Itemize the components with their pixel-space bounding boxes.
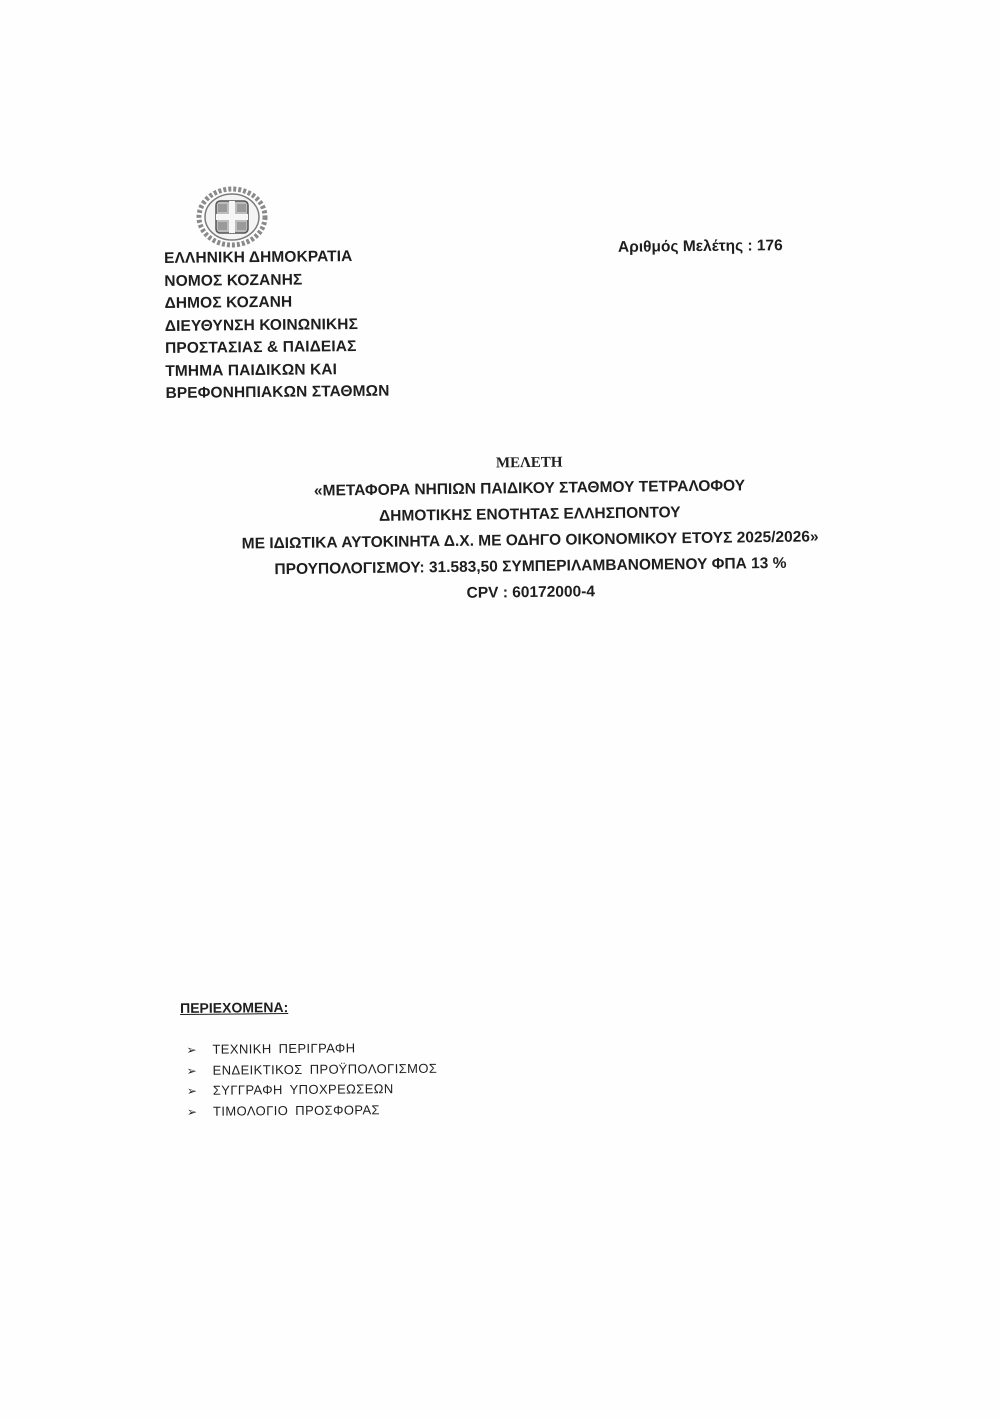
header-line: ΝΟΜΟΣ ΚΟΖΑΝΗΣ	[164, 268, 388, 293]
header-line: ΔΙΕΥΘΥΝΣΗ ΚΟΙΝΩΝΙΚΗΣ	[165, 313, 389, 338]
list-item: ➢ ΕΝΔΕΙΚΤΙΚΟΣ ΠΡΟΫΠΟΛΟΓΙΣΜΟΣ	[187, 1058, 438, 1081]
contents-list: ➢ ΤΕΧΝΙΚΗ ΠΕΡΙΓΡΑΦΗ ➢ ΕΝΔΕΙΚΤΙΚΟΣ ΠΡΟΫΠΟ…	[180, 1038, 437, 1122]
list-item: ➢ ΤΙΜΟΛΟΓΙΟ ΠΡΟΣΦΟΡΑΣ	[187, 1099, 438, 1122]
contents-heading: ΠΕΡΙΕΧΟΜΕΝΑ:	[180, 998, 437, 1016]
list-item: ➢ ΣΥΓΓΡΑΦΗ ΥΠΟΧΡΕΩΣΕΩΝ	[187, 1079, 438, 1102]
contents-section: ΠΕΡΙΕΧΟΜΕΝΑ: ➢ ΤΕΧΝΙΚΗ ΠΕΡΙΓΡΑΦΗ ➢ ΕΝΔΕΙ…	[180, 998, 438, 1122]
header-line: ΕΛΛΗΝΙΚΗ ΔΗΜΟΚΡΑΤΙΑ	[164, 246, 388, 271]
study-title-block: ΜΕΛΕΤΗ «ΜΕΤΑΦΟΡΑ ΝΗΠΙΩΝ ΠΑΙΔΙΚΟΥ ΣΤΑΘΜΟΥ…	[219, 446, 841, 610]
arrowhead-bullet-icon: ➢	[186, 1040, 212, 1061]
list-item-label: ΣΥΓΓΡΑΦΗ ΥΠΟΧΡΕΩΣΕΩΝ	[213, 1079, 394, 1101]
greek-coat-of-arms-icon	[195, 186, 269, 248]
list-item-label: ΤΕΧΝΙΚΗ ΠΕΡΙΓΡΑΦΗ	[212, 1038, 355, 1060]
list-item-label: ΕΝΔΕΙΚΤΙΚΟΣ ΠΡΟΫΠΟΛΟΓΙΣΜΟΣ	[213, 1058, 438, 1080]
header-line: ΔΗΜΟΣ ΚΟΖΑΝΗ	[164, 291, 388, 316]
study-number: Αριθμός Μελέτης : 176	[618, 237, 783, 257]
header-line: ΒΡΕΦΟΝΗΠΙΑΚΩΝ ΣΤΑΘΜΩΝ	[165, 381, 389, 406]
arrowhead-bullet-icon: ➢	[187, 1081, 213, 1102]
arrowhead-bullet-icon: ➢	[187, 1060, 213, 1081]
issuing-authority-block: ΕΛΛΗΝΙΚΗ ΔΗΜΟΚΡΑΤΙΑ ΝΟΜΟΣ ΚΟΖΑΝΗΣ ΔΗΜΟΣ …	[164, 246, 390, 406]
arrowhead-bullet-icon: ➢	[187, 1101, 213, 1122]
document-page: ΕΛΛΗΝΙΚΗ ΔΗΜΟΚΡΑΤΙΑ ΝΟΜΟΣ ΚΟΖΑΝΗΣ ΔΗΜΟΣ …	[0, 0, 1000, 1420]
header-line: ΠΡΟΣΤΑΣΙΑΣ & ΠΑΙΔΕΙΑΣ	[165, 336, 389, 361]
list-item: ➢ ΤΕΧΝΙΚΗ ΠΕΡΙΓΡΑΦΗ	[186, 1038, 437, 1061]
header-line: ΤΜΗΜΑ ΠΑΙΔΙΚΩΝ ΚΑΙ	[165, 358, 389, 383]
list-item-label: ΤΙΜΟΛΟΓΙΟ ΠΡΟΣΦΟΡΑΣ	[213, 1100, 380, 1122]
